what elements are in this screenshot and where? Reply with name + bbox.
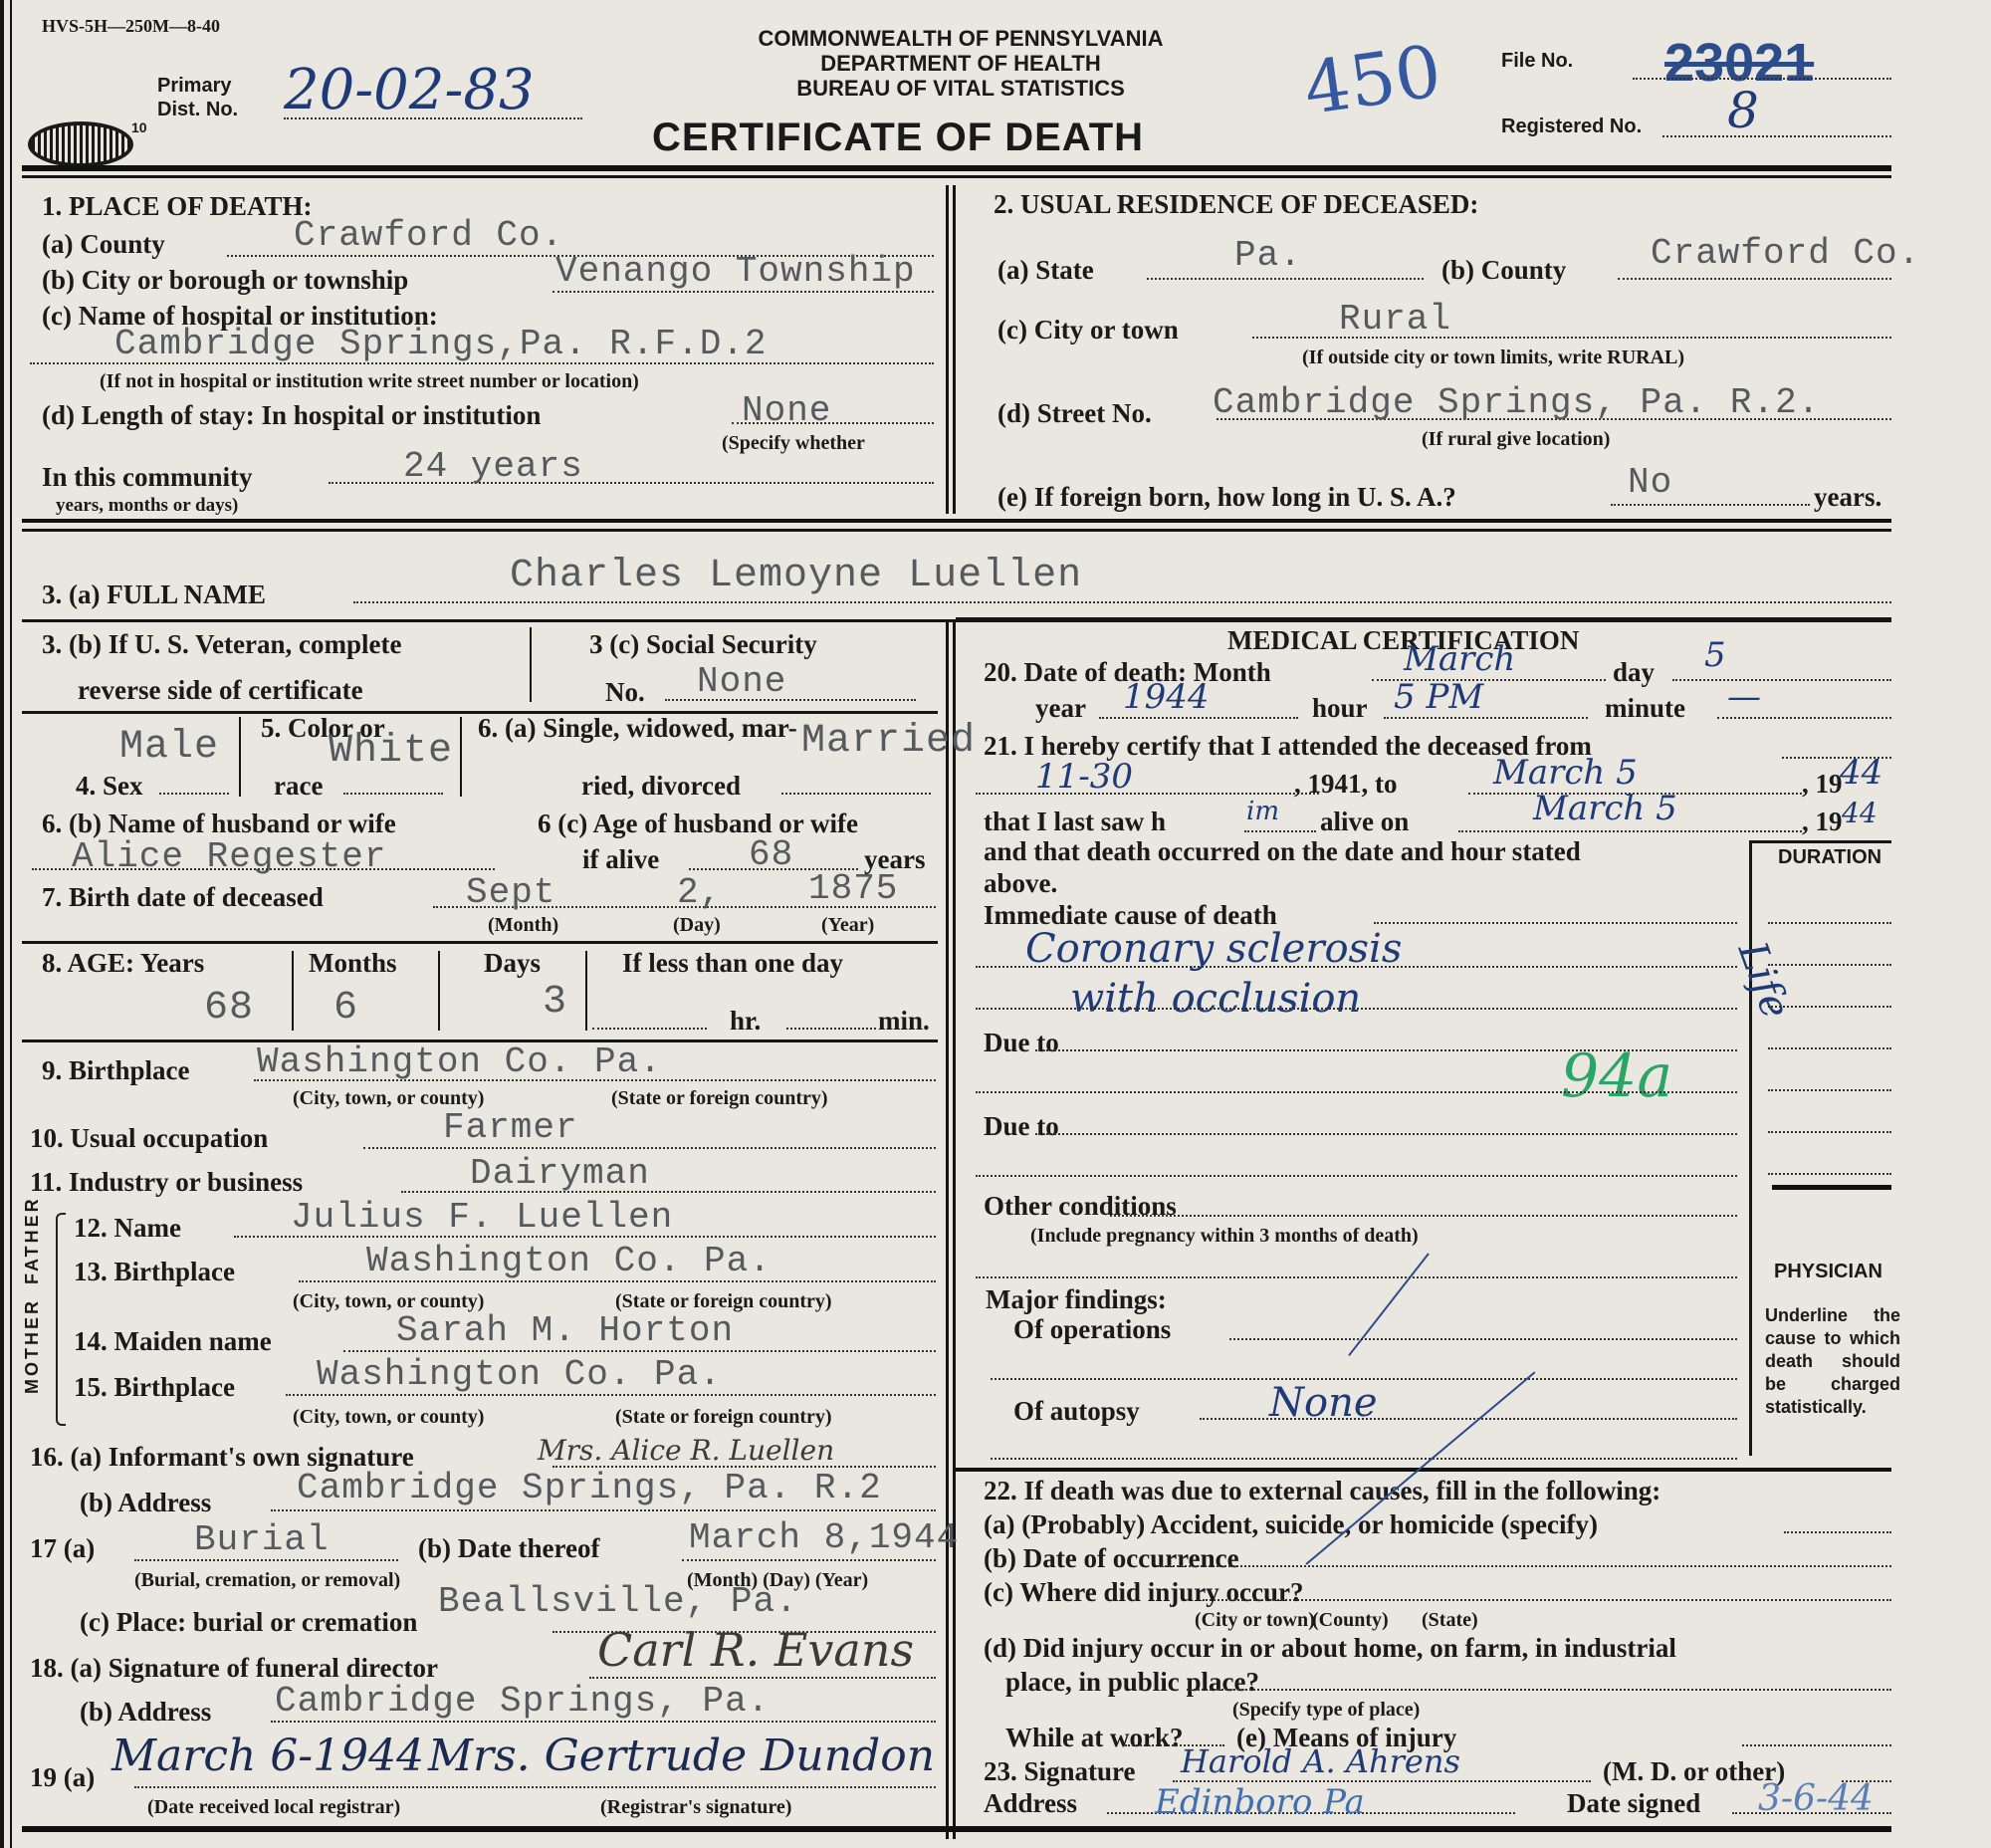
external-c-county-note: (County) (1312, 1609, 1389, 1632)
month-note: (Month) (488, 914, 558, 937)
funeral-address: Cambridge Springs, Pa. (275, 1681, 770, 1722)
left-border (0, 0, 4, 1848)
physician-address: Edinboro Pa (1155, 1782, 1365, 1822)
hour-label: hour (1312, 693, 1368, 724)
foreign-label: (e) If foreign born, how long in U. S. A… (997, 482, 1456, 513)
dist-no-label: Dist. No. (157, 98, 238, 121)
duration-bottom-rule (1772, 1185, 1891, 1190)
residence-county: Crawford Co. (1651, 233, 1920, 274)
color-value: White (329, 729, 453, 774)
mother-maiden-label: 14. Maiden name (74, 1326, 272, 1357)
county-label: (a) County (42, 229, 165, 260)
father-side-label: FATHER (22, 1196, 43, 1284)
due-to-label-1: Due to (984, 1028, 1059, 1058)
birthplace-value: Washington Co. Pa. (257, 1041, 662, 1082)
external-c-city-note: (City or town) (1195, 1609, 1315, 1632)
age-months-value: 6 (333, 986, 358, 1031)
full-name-label: 3. (a) FULL NAME (42, 579, 266, 610)
last-saw-date: March 5 (1533, 789, 1677, 828)
burial-date: March 8,1944 (689, 1517, 959, 1558)
due-to-label-2: Due to (984, 1111, 1059, 1142)
spouse-age-value: 68 (749, 834, 793, 875)
foreign-value: No (1628, 462, 1672, 503)
section-rule-2 (22, 529, 1891, 532)
father-birthplace-value: Washington Co. Pa. (366, 1241, 772, 1281)
ssn-label-2: No. (605, 677, 645, 708)
external-d-note: (Specify type of place) (1232, 1699, 1420, 1722)
age-months-label: Months (309, 948, 397, 979)
father-name-label: 12. Name (74, 1213, 181, 1244)
funeral-director-signature: Carl R. Evans (597, 1623, 914, 1677)
sex-value: Male (119, 725, 219, 770)
burial-type: Burial (194, 1519, 330, 1560)
last-saw-pronoun: im (1246, 797, 1279, 826)
spouse-name-value: Alice Regester (72, 836, 386, 877)
ssn-divider (530, 627, 532, 702)
primary-label: Primary (157, 74, 238, 98)
res-city-note: (If outside city or town limits, write R… (1302, 346, 1684, 369)
day-label: day (1613, 657, 1655, 688)
duration-top-rule (1749, 840, 1891, 843)
registrar-label: 19 (a) (30, 1762, 95, 1793)
death-hour: 5 PM (1394, 677, 1483, 717)
stated-line-1: and that death occurred on the date and … (984, 836, 1581, 867)
residence-city: Rural (1339, 299, 1451, 340)
street-label: (d) Street No. (997, 398, 1152, 429)
header-rule-2 (22, 175, 1891, 178)
strike-line-findings (1348, 1253, 1430, 1356)
if-alive-label: if alive (582, 844, 659, 875)
registered-no: 8 (1727, 82, 1759, 139)
birthplace-label: 9. Birthplace (42, 1055, 190, 1086)
age-days-label: Days (484, 948, 541, 979)
industry-value: Dairyman (470, 1153, 650, 1194)
last-saw-year-prefix: , 19 (1802, 807, 1843, 837)
physician-note: Underline the cause to which death shoul… (1765, 1304, 1900, 1419)
duration-value: Life (1729, 936, 1799, 1025)
union-number: 10 (131, 119, 147, 135)
last-saw-year: 44 (1842, 797, 1878, 829)
mother-city-note: (City, town, or county) (293, 1406, 484, 1429)
other-conditions-label: Other conditions (984, 1191, 1177, 1222)
death-month: March (1404, 639, 1515, 679)
mother-birthplace-value: Washington Co. Pa. (317, 1354, 722, 1395)
agency-line-1: COMMONWEALTH OF PENNSYLVANIA (647, 26, 1274, 51)
age-years-value: 68 (204, 986, 254, 1031)
min-label: min. (878, 1006, 930, 1037)
marital-label-2: ried, divorced (581, 771, 741, 802)
external-d-label-2: place, in public place? (1005, 1667, 1259, 1698)
parents-bracket (56, 1213, 66, 1426)
veteran-label-1: 3. (b) If U. S. Veteran, complete (42, 629, 401, 660)
column-divider-2 (953, 622, 956, 1839)
cause-code: 94a (1561, 1041, 1672, 1111)
attended-from: 11-30 (1035, 757, 1133, 797)
agency-block: COMMONWEALTH OF PENNSYLVANIA DEPARTMENT … (647, 26, 1274, 101)
age-days-value: 3 (543, 980, 567, 1025)
column-divider (946, 622, 949, 1839)
header-rule (22, 165, 1891, 171)
form-code: HVS-5H—250M—8-40 (42, 16, 220, 37)
external-c-label: (c) Where did injury occur? (984, 1577, 1303, 1608)
death-year: 1944 (1123, 677, 1210, 717)
physician-signature-label: 23. Signature (984, 1756, 1136, 1787)
external-c-state-note: (State) (1422, 1609, 1478, 1632)
burial-date-label: (b) Date thereof (418, 1533, 599, 1564)
community-note: years, months or days) (56, 495, 238, 517)
last-saw-label: that I last saw h (984, 807, 1166, 837)
mother-maiden-value: Sarah M. Horton (396, 1310, 734, 1351)
immediate-cause-2: with occlusion (1070, 976, 1361, 1022)
age-less-label: If less than one day (622, 948, 843, 979)
primary-dist-label: Primary Dist. No. (157, 74, 238, 121)
mother-state-note: (State or foreign country) (615, 1406, 832, 1429)
from-year: , 1941, to (1294, 769, 1398, 800)
death-county-value: Crawford Co. (294, 215, 563, 256)
age-divider-1 (292, 951, 294, 1031)
sex-label: 4. Sex (76, 771, 143, 802)
specify-note: (Specify whether (722, 432, 865, 455)
city-label: (b) City or borough or township (42, 265, 408, 296)
residence-state: Pa. (1234, 235, 1302, 276)
father-birthplace-label: 13. Birthplace (74, 1257, 235, 1287)
section-divider-2 (953, 185, 956, 514)
handwritten-number: 450 (1299, 29, 1446, 130)
burial-place-label: (c) Place: burial or cremation (80, 1607, 417, 1638)
union-label-icon (28, 121, 133, 167)
birth-day: 2, (677, 872, 722, 913)
age-years-label: 8. AGE: Years (42, 948, 204, 979)
medical-rule (956, 617, 1891, 620)
other-conditions-note: (Include pregnancy within 3 months of de… (1030, 1225, 1419, 1248)
ssn-label-1: 3 (c) Social Security (589, 629, 817, 660)
age-rule-top (22, 941, 938, 944)
external-a-label: (a) (Probably) Accident, suicide, or hom… (984, 1509, 1598, 1540)
stay-label: (d) Length of stay: In hospital or insti… (42, 400, 541, 431)
year-note: (Year) (821, 914, 874, 937)
agency-line-3: BUREAU OF VITAL STATISTICS (647, 76, 1274, 101)
external-b-label: (b) Date of occurrence (984, 1543, 1239, 1574)
residence-street: Cambridge Springs, Pa. R.2. (1213, 382, 1820, 423)
major-findings-label: Major findings: (986, 1284, 1167, 1315)
birth-date-label: 7. Birth date of deceased (42, 882, 324, 913)
full-name-value: Charles Lemoyne Luellen (510, 554, 1082, 598)
mother-side-label: MOTHER (22, 1298, 43, 1394)
external-rule (956, 1468, 1891, 1472)
physician-heading: PHYSICIAN (1774, 1261, 1882, 1283)
informant-signature: Mrs. Alice R. Luellen (538, 1434, 834, 1467)
bottom-rule (22, 1826, 1891, 1832)
color-label-2: race (274, 771, 323, 802)
external-d-label-1: (d) Did injury occur in or about home, o… (984, 1633, 1676, 1664)
minute-label: minute (1605, 693, 1685, 724)
hospital-note: (If not in hospital or institution write… (100, 370, 639, 393)
registrar-signature-note: (Registrar's signature) (600, 1796, 791, 1819)
date-signed-label: Date signed (1567, 1788, 1700, 1819)
registrar-date-note: (Date received local registrar) (147, 1796, 400, 1819)
page-title: CERTIFICATE OF DEATH (652, 115, 1144, 160)
burial-type-note: (Burial, cremation, or removal) (134, 1569, 400, 1592)
work-label: While at work? (1005, 1723, 1184, 1753)
residence-heading: 2. USUAL RESIDENCE OF DECEASED: (994, 189, 1478, 220)
veteran-label-2: reverse side of certificate (78, 675, 363, 706)
spouse-name-label: 6. (b) Name of husband or wife (42, 808, 396, 839)
autopsy-value: None (1269, 1380, 1378, 1426)
color-divider (460, 717, 462, 797)
stay-value: None (742, 390, 831, 431)
external-heading: 22. If death was due to external causes,… (984, 1476, 1660, 1506)
spouse-age-label: 6 (c) Age of husband or wife (538, 808, 858, 839)
ssn-value: None (697, 661, 786, 702)
state-label: (a) State (997, 255, 1094, 286)
marital-value: Married (801, 719, 976, 764)
to-year-prefix: , 19 (1802, 769, 1843, 800)
operations-label: Of operations (1013, 1314, 1171, 1345)
registrar-signature: Mrs. Gertrude Dundon (428, 1731, 935, 1781)
funeral-address-label: (b) Address (80, 1697, 211, 1728)
res-county-label: (b) County (1441, 255, 1566, 286)
day-note: (Day) (673, 914, 721, 937)
death-day: 5 (1704, 635, 1726, 675)
age-divider-3 (585, 951, 587, 1031)
death-minute: — (1727, 677, 1761, 717)
occupation-value: Farmer (443, 1107, 578, 1148)
industry-label: 11. Industry or business (30, 1167, 303, 1198)
marital-label-1: 6. (a) Single, widowed, mar- (478, 713, 797, 744)
stated-line-2: above. (984, 868, 1057, 899)
date-signed: 3-6-44 (1758, 1778, 1874, 1819)
registrar-date-received: March 6-1944 (111, 1731, 424, 1781)
primary-dist-no: 20-02-83 (284, 58, 535, 122)
left-border-inner (10, 0, 12, 1848)
burial-place: Beallsville, Pa. (438, 1581, 798, 1622)
place-of-death-heading: 1. PLACE OF DEATH: (42, 191, 313, 222)
community-label: In this community (42, 462, 253, 493)
foreign-suffix: years. (1814, 482, 1881, 513)
birth-month: Sept (466, 872, 555, 913)
street-note: (If rural give location) (1422, 428, 1610, 451)
father-name-value: Julius F. Luellen (291, 1197, 673, 1238)
section-rule (22, 519, 1891, 523)
agency-line-2: DEPARTMENT OF HEALTH (647, 51, 1274, 76)
year-label: year (1035, 693, 1086, 724)
alive-on-label: alive on (1320, 807, 1409, 837)
file-no-label: File No. (1501, 50, 1573, 73)
burial-label-a: 17 (a) (30, 1533, 95, 1564)
birth-year: 1875 (808, 868, 898, 909)
res-city-label: (c) City or town (997, 315, 1179, 346)
registered-no-label: Registered No. (1501, 115, 1642, 138)
community-value: 24 years (403, 446, 583, 487)
death-city-value: Venango Township (555, 251, 916, 292)
hospital-value: Cambridge Springs,Pa. R.F.D.2 (114, 324, 768, 364)
mother-birthplace-label: 15. Birthplace (74, 1372, 235, 1403)
sex-divider (239, 717, 241, 797)
hr-label: hr. (730, 1006, 761, 1037)
age-divider-2 (438, 951, 440, 1031)
physician-address-label: Address (984, 1788, 1077, 1819)
attended-to: March 5 (1493, 753, 1638, 793)
section-divider (946, 185, 949, 514)
funeral-director-label: 18. (a) Signature of funeral director (30, 1653, 438, 1684)
duration-divider (1749, 840, 1752, 1456)
occupation-label: 10. Usual occupation (30, 1123, 268, 1154)
autopsy-label: Of autopsy (1013, 1396, 1140, 1427)
duration-heading: DURATION (1778, 846, 1881, 869)
physician-signature: Harold A. Ahrens (1181, 1742, 1460, 1780)
informant-address-label: (b) Address (80, 1488, 211, 1518)
to-year: 44 (1840, 753, 1882, 793)
state-note: (State or foreign country) (611, 1087, 828, 1110)
informant-address: Cambridge Springs, Pa. R.2 (297, 1468, 882, 1508)
